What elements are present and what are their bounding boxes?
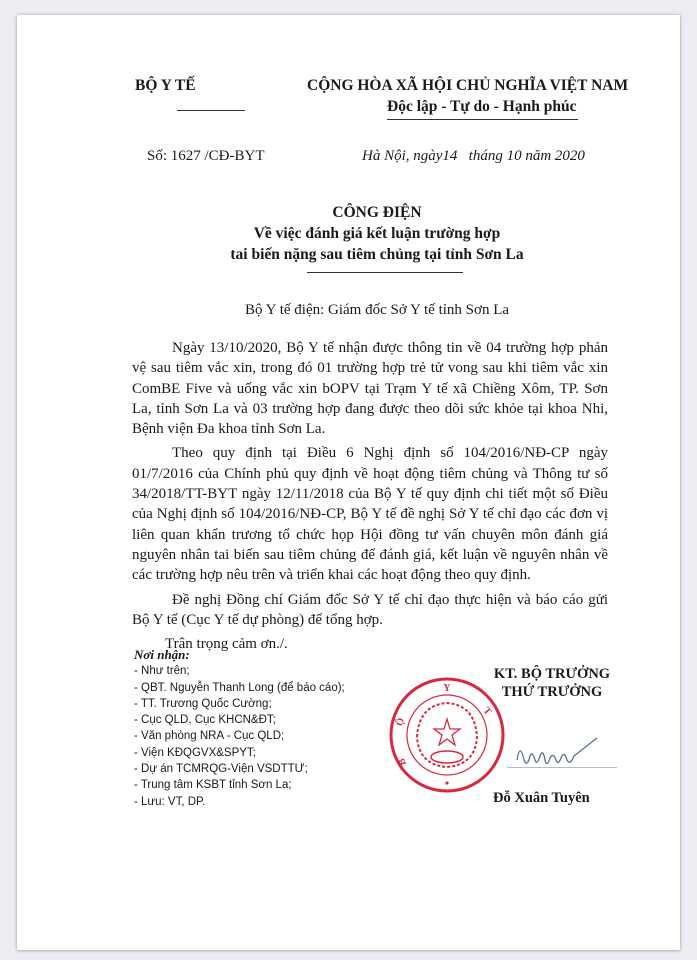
recipient-item: - Lưu: VT, DP. (134, 794, 345, 810)
body-paragraph: Đề nghị Đồng chí Giám đốc Sở Y tế chỉ đạ… (132, 590, 608, 631)
title-underline (307, 272, 463, 273)
agency-underline (177, 110, 245, 111)
title-line-2: tai biến nặng sau tiêm chủng tại tỉnh Sơ… (127, 244, 627, 265)
national-motto: Độc lập - Tự do - Hạnh phúc (387, 98, 576, 116)
body-text: Ngày 13/10/2020, Bộ Y tế nhận được thông… (132, 338, 608, 658)
signer-name: Đỗ Xuân Tuyên (493, 790, 590, 807)
body-paragraph: Ngày 13/10/2020, Bộ Y tế nhận được thông… (132, 338, 608, 439)
svg-text:B: B (396, 757, 409, 767)
svg-text:Y: Y (443, 683, 451, 694)
signer-title-line-2: THỨ TRƯỞNG (472, 683, 632, 701)
place-date: Hà Nội, ngày14 tháng 10 năm 2020 (362, 148, 585, 165)
recipient-item: - Như trên; (134, 663, 345, 679)
handwritten-signature-icon (512, 730, 602, 780)
title-line-1: Về việc đánh giá kết luận trường hợp (127, 223, 627, 244)
body-paragraph: Theo quy định tại Điều 6 Nghị định số 10… (132, 443, 608, 585)
addressee: Bộ Y tế điện: Giám đốc Sở Y tế tỉnh Sơn … (127, 302, 627, 319)
recipient-item: - TT. Trương Quốc Cường; (134, 696, 345, 712)
document-number: Số: 1627 /CĐ-BYT (147, 148, 265, 165)
signer-title: KT. BỘ TRƯỞNG THỨ TRƯỞNG (472, 665, 632, 701)
signer-title-line-1: KT. BỘ TRƯỞNG (472, 665, 632, 683)
issuing-agency: BỘ Y TẾ (135, 77, 196, 95)
recipient-item: - Viện KĐQGVX&SPYT; (134, 745, 345, 761)
recipients-label: Nơi nhận: (134, 647, 345, 663)
recipient-item: - Trung tâm KSBT tỉnh Sơn La; (134, 777, 345, 793)
signature-line (507, 767, 617, 768)
national-title: CỘNG HÒA XÃ HỘI CHỦ NGHĨA VIỆT NAM (307, 77, 628, 95)
recipients-list: Nơi nhận: - Như trên; - QBT. Nguyễn Than… (134, 647, 345, 810)
recipient-item: - Cục QLD, Cục KHCN&ĐT; (134, 712, 345, 728)
document-title: CÔNG ĐIỆN Về việc đánh giá kết luận trườ… (127, 202, 627, 265)
recipient-item: - Dự án TCMRQG-Viện VSDTTƯ; (134, 761, 345, 777)
motto-underline (387, 119, 578, 120)
document-type: CÔNG ĐIỆN (127, 202, 627, 223)
document-page: BỘ Y TẾ CỘNG HÒA XÃ HỘI CHỦ NGHĨA VIỆT N… (17, 15, 680, 950)
recipient-item: - Văn phòng NRA - Cục QLD; (134, 728, 345, 744)
recipient-item: - QBT. Nguyễn Thanh Long (để báo cáo); (134, 680, 345, 696)
